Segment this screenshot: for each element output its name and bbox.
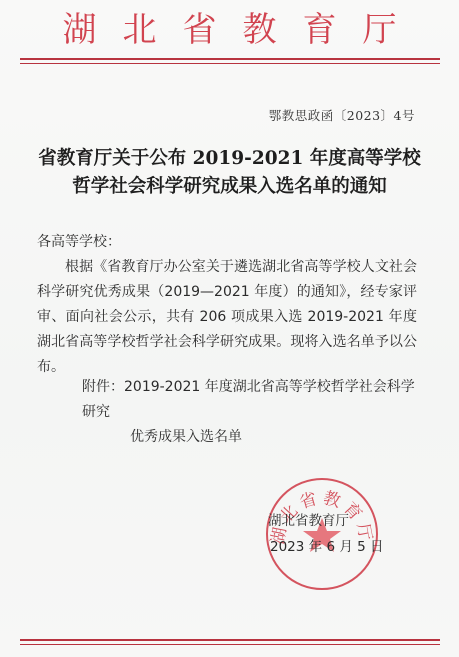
notice-title-line2: 哲学社会科学研究成果入选名单的通知 [0, 173, 459, 201]
notice-title-line1: 省教育厅关于公布 2019-2021 年度高等学校 [0, 145, 459, 173]
document-number: 鄂教思政函〔2023〕4号 [269, 106, 415, 124]
body-paragraph: 根据《省教育厅办公室关于遴选湖北省高等学校人文社会科学研究优秀成果（2019—2… [37, 255, 417, 380]
footer-rule-thick [20, 639, 440, 641]
salutation: 各高等学校： [37, 230, 417, 255]
header-rule-thick [20, 58, 440, 60]
header-rule-thin [20, 63, 440, 64]
letterhead-title: 湖北省教育厅 [0, 8, 459, 52]
official-seal: 湖北省教育厅 [266, 478, 378, 590]
footer-rule-thin [20, 644, 440, 645]
document-page: 湖北省教育厅 鄂教思政函〔2023〕4号 省教育厅关于公布 2019-2021 … [0, 0, 459, 657]
attachment-line2: 优秀成果入选名单 [82, 425, 422, 450]
signature-organization: 湖北省教育厅 [268, 511, 349, 531]
attachment-label: 附件： [82, 379, 124, 395]
signature-date: 2023 年 6 月 5 日 [270, 537, 384, 557]
attachment-block: 附件：2019-2021 年度湖北省高等学校哲学社会科学研究 优秀成果入选名单 [82, 375, 422, 450]
seal-emblem-icon: 湖北省教育厅 [266, 478, 378, 590]
attachment-line1: 2019-2021 年度湖北省高等学校哲学社会科学研究 [82, 379, 415, 420]
